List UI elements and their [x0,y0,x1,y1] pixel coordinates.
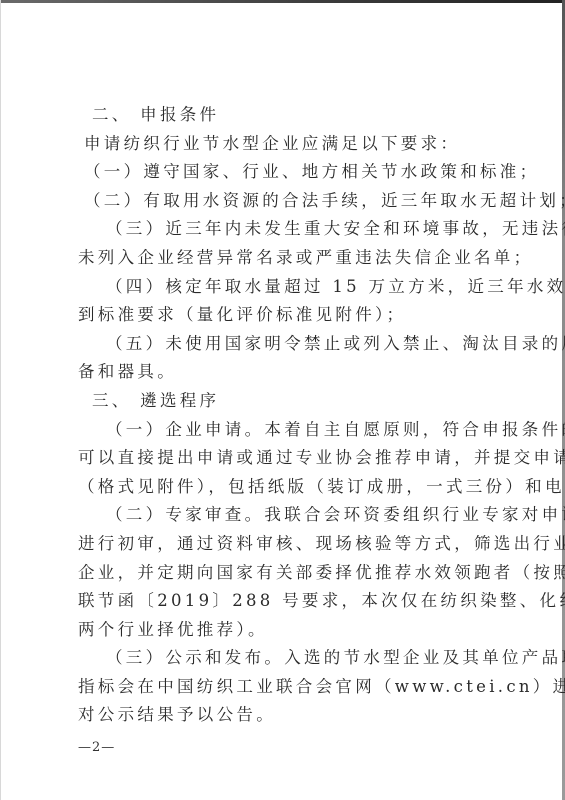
procedure-step-2-cont: 进行初审，通过资料审核、现场核验等方式，筛选出行业节水型 [78,530,521,559]
procedure-step-3: （三）公示和发布。入选的节水型企业及其单位产品取水量 [78,644,521,673]
procedure-step-1: （一）企业申请。本着自主自愿原则，符合申报条件的企业 [78,416,521,445]
procedure-step-3-cont: 对公示结果予以公告。 [78,701,521,730]
requirement-item-4-cont: 到标准要求（量化评价标准见附件）； [78,301,521,330]
procedure-step-2-cont: 联节函〔2019〕288 号要求，本次仅在纺织染整、化纤长丝织造 [78,587,521,616]
procedure-step-1-cont: （格式见附件），包括纸版（装订成册，一式三份）和电子版。 [78,473,521,502]
procedure-step-1-cont: 可以直接提出申请或通过专业协会推荐申请，并提交申请报告 [78,444,521,473]
procedure-step-2-cont: 两个行业择优推荐）。 [78,616,521,645]
requirement-item-5: （五）未使用国家明令禁止或列入禁止、淘汰目录的用水设 [78,330,521,359]
requirement-item-3: （三）近三年内未发生重大安全和环境事故，无违法行为， [78,215,521,244]
scan-edge-left [0,0,1,800]
document-body: 二、 申报条件 申请纺织行业节水型企业应满足以下要求： （一）遵守国家、行业、地… [78,101,521,730]
section-heading-selection-procedure: 三、 遴选程序 [78,387,521,416]
procedure-step-3-cont: 指标会在中国纺织工业联合会官网（www.ctei.cn）进行公示，并 [78,673,521,702]
scan-edge-top [0,0,565,3]
requirement-item-1: （一）遵守国家、行业、地方相关节水政策和标准； [78,158,521,187]
requirement-item-3-cont: 未列入企业经营异常名录或严重违法失信企业名单； [78,244,521,273]
section-heading-requirements: 二、 申报条件 [78,101,521,130]
procedure-step-2: （二）专家审查。我联合会环资委组织行业专家对申请报告 [78,501,521,530]
paragraph-intro: 申请纺织行业节水型企业应满足以下要求： [78,130,521,159]
requirement-item-5-cont: 备和器具。 [78,358,521,387]
page-number: —2— [78,740,115,755]
procedure-step-2-cont: 企业，并定期向国家有关部委择优推荐水效领跑者（按照工信厅 [78,559,521,588]
requirement-item-4: （四）核定年取水量超过 15 万立方米，近三年水效指标达 [78,273,521,302]
requirement-item-2: （二）有取用水资源的合法手续，近三年取水无超计划； [78,187,521,216]
